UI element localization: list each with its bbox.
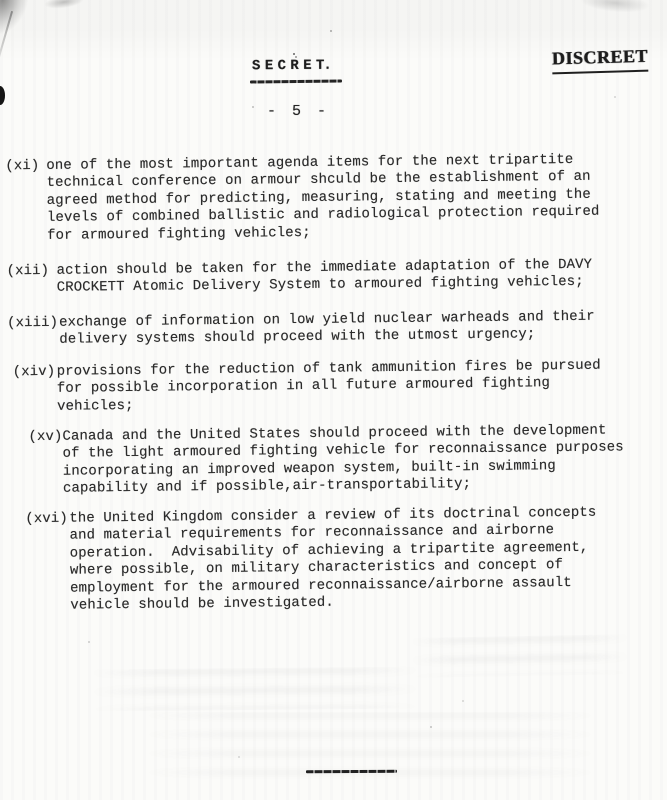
list-item-xv: (xv) Canada and the United States should… (0, 422, 656, 499)
scanned-document-page: S E C R E T. DISCREET - 5 - (xi) one of … (0, 0, 667, 800)
list-item-xii: (xii) action should be taken for the imm… (0, 256, 654, 298)
item-xii-label: (xii) (6, 263, 49, 281)
dust-specks (0, 0, 2, 2)
item-xi-label: (xi) (5, 158, 39, 176)
list-item-xiii: (xiii) exchange of information on low yi… (0, 308, 654, 350)
list-item-xiv: (xiv) provisions for the reduction of ta… (0, 357, 655, 417)
list-item-xi: (xi) one of the most important agenda it… (0, 151, 653, 245)
item-xi-text: one of the most important agenda items f… (46, 151, 653, 245)
bleed-through-ghost-text (410, 634, 631, 678)
item-xiii-text: exchange of information on low yield nuc… (59, 308, 654, 350)
item-xiv-text: provisions for the reduction of tank amm… (57, 357, 656, 416)
bleed-through-ghost-text (140, 712, 600, 782)
list-item-xvi: (xvi) the United Kingdom consider a revi… (1, 504, 657, 616)
item-xv-label: (xv) (28, 429, 62, 447)
bleed-through-ghost-text (90, 667, 420, 712)
item-xv-text: Canada and the United States should proc… (62, 422, 656, 498)
item-xvi-label: (xvi) (25, 511, 68, 529)
item-xiii-label: (xiii) (7, 315, 58, 333)
item-xvi-text: the United Kingdom consider a review of … (69, 504, 657, 615)
item-xiv-label: (xiv) (13, 364, 56, 382)
item-xii-text: action should be taken for the immediate… (56, 256, 653, 298)
